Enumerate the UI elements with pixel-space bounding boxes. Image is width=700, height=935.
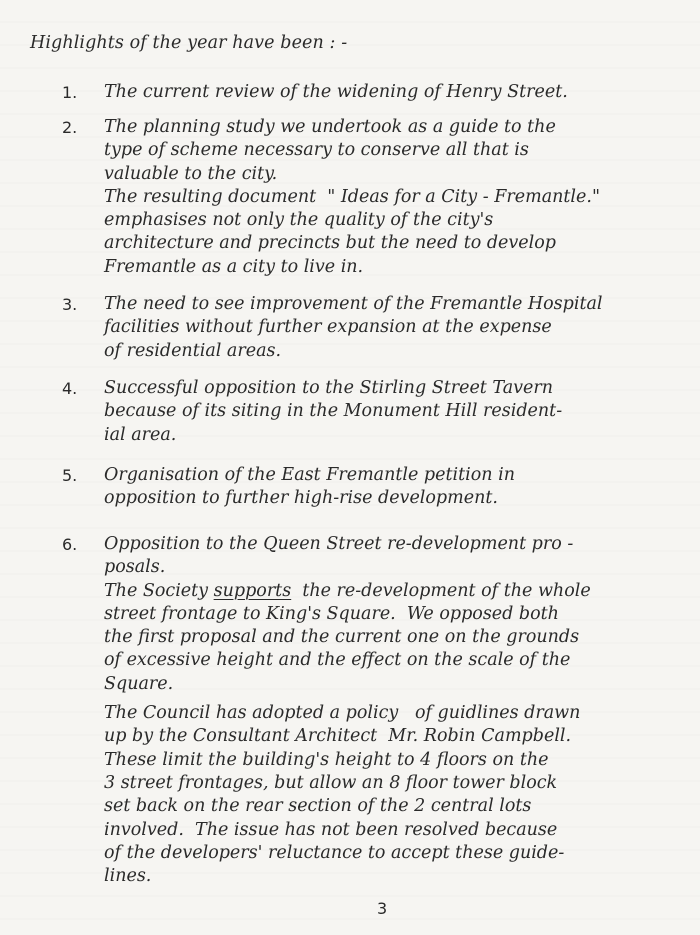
list-item-number: 6. [62,533,77,556]
text-line: set back on the rear section of the 2 ce… [104,795,700,818]
text-line: involved. The issue has not been resolve… [104,819,700,842]
text-line: Square. [104,673,700,696]
text-line: street frontage to King's Square. We opp… [104,603,700,626]
text-line: Fremantle as a city to live in. [104,256,700,279]
text-line: the first proposal and the current one o… [104,626,700,649]
text-line: Successful opposition to the Stirling St… [104,377,700,400]
text-line: These limit the building's height to 4 f… [104,749,700,772]
text-line: facilities without further expansion at … [104,316,700,339]
text-line: lines. [104,865,700,888]
text-line: The Society supports the re-development … [104,580,700,603]
text-line: Organisation of the East Fremantle petit… [104,464,700,487]
text-line: The planning study we undertook as a gui… [104,116,700,139]
list-item-number: 2. [62,116,77,139]
text-line: The current review of the widening of He… [104,81,700,104]
list-item-text: The need to see improvement of the Frema… [104,293,700,363]
text-line: type of scheme necessary to conserve all… [104,139,700,162]
text-line: of excessive height and the effect on th… [104,649,700,672]
list-item-text: The planning study we undertook as a gui… [104,116,700,279]
underlined-emphasis: supports [214,581,292,601]
list-item-text: Opposition to the Queen Street re-develo… [104,533,700,888]
text-line: of residential areas. [104,340,700,363]
text-line: The resulting document " Ideas for a Cit… [104,186,700,209]
text-line: 3 street frontages, but allow an 8 floor… [104,772,700,795]
list-item-text: Organisation of the East Fremantle petit… [104,464,700,511]
text-line: architecture and precincts but the need … [104,232,700,255]
list-item-number: 4. [62,377,77,400]
text-line: because of its siting in the Monument Hi… [104,400,700,423]
list-item-number: 5. [62,464,77,487]
text-line: The Council has adopted a policy of guid… [104,702,700,725]
text-line: opposition to further high-rise developm… [104,487,700,510]
section-heading: Highlights of the year have been : - [30,33,347,53]
text-line: The need to see improvement of the Frema… [104,293,700,316]
text-line: emphasises not only the quality of the c… [104,209,700,232]
list-item-text: Successful opposition to the Stirling St… [104,377,700,447]
text-line: valuable to the city. [104,163,700,186]
list-item-text: The current review of the widening of He… [104,81,700,104]
text-line: posals. [104,556,700,579]
page-number: 3 [377,899,387,918]
list-item-number: 3. [62,293,77,316]
text-line: up by the Consultant Architect Mr. Robin… [104,725,700,748]
list-item-number: 1. [62,81,77,104]
text-line: of the developers' reluctance to accept … [104,842,700,865]
text-line: Opposition to the Queen Street re-develo… [104,533,700,556]
text-line: ial area. [104,424,700,447]
